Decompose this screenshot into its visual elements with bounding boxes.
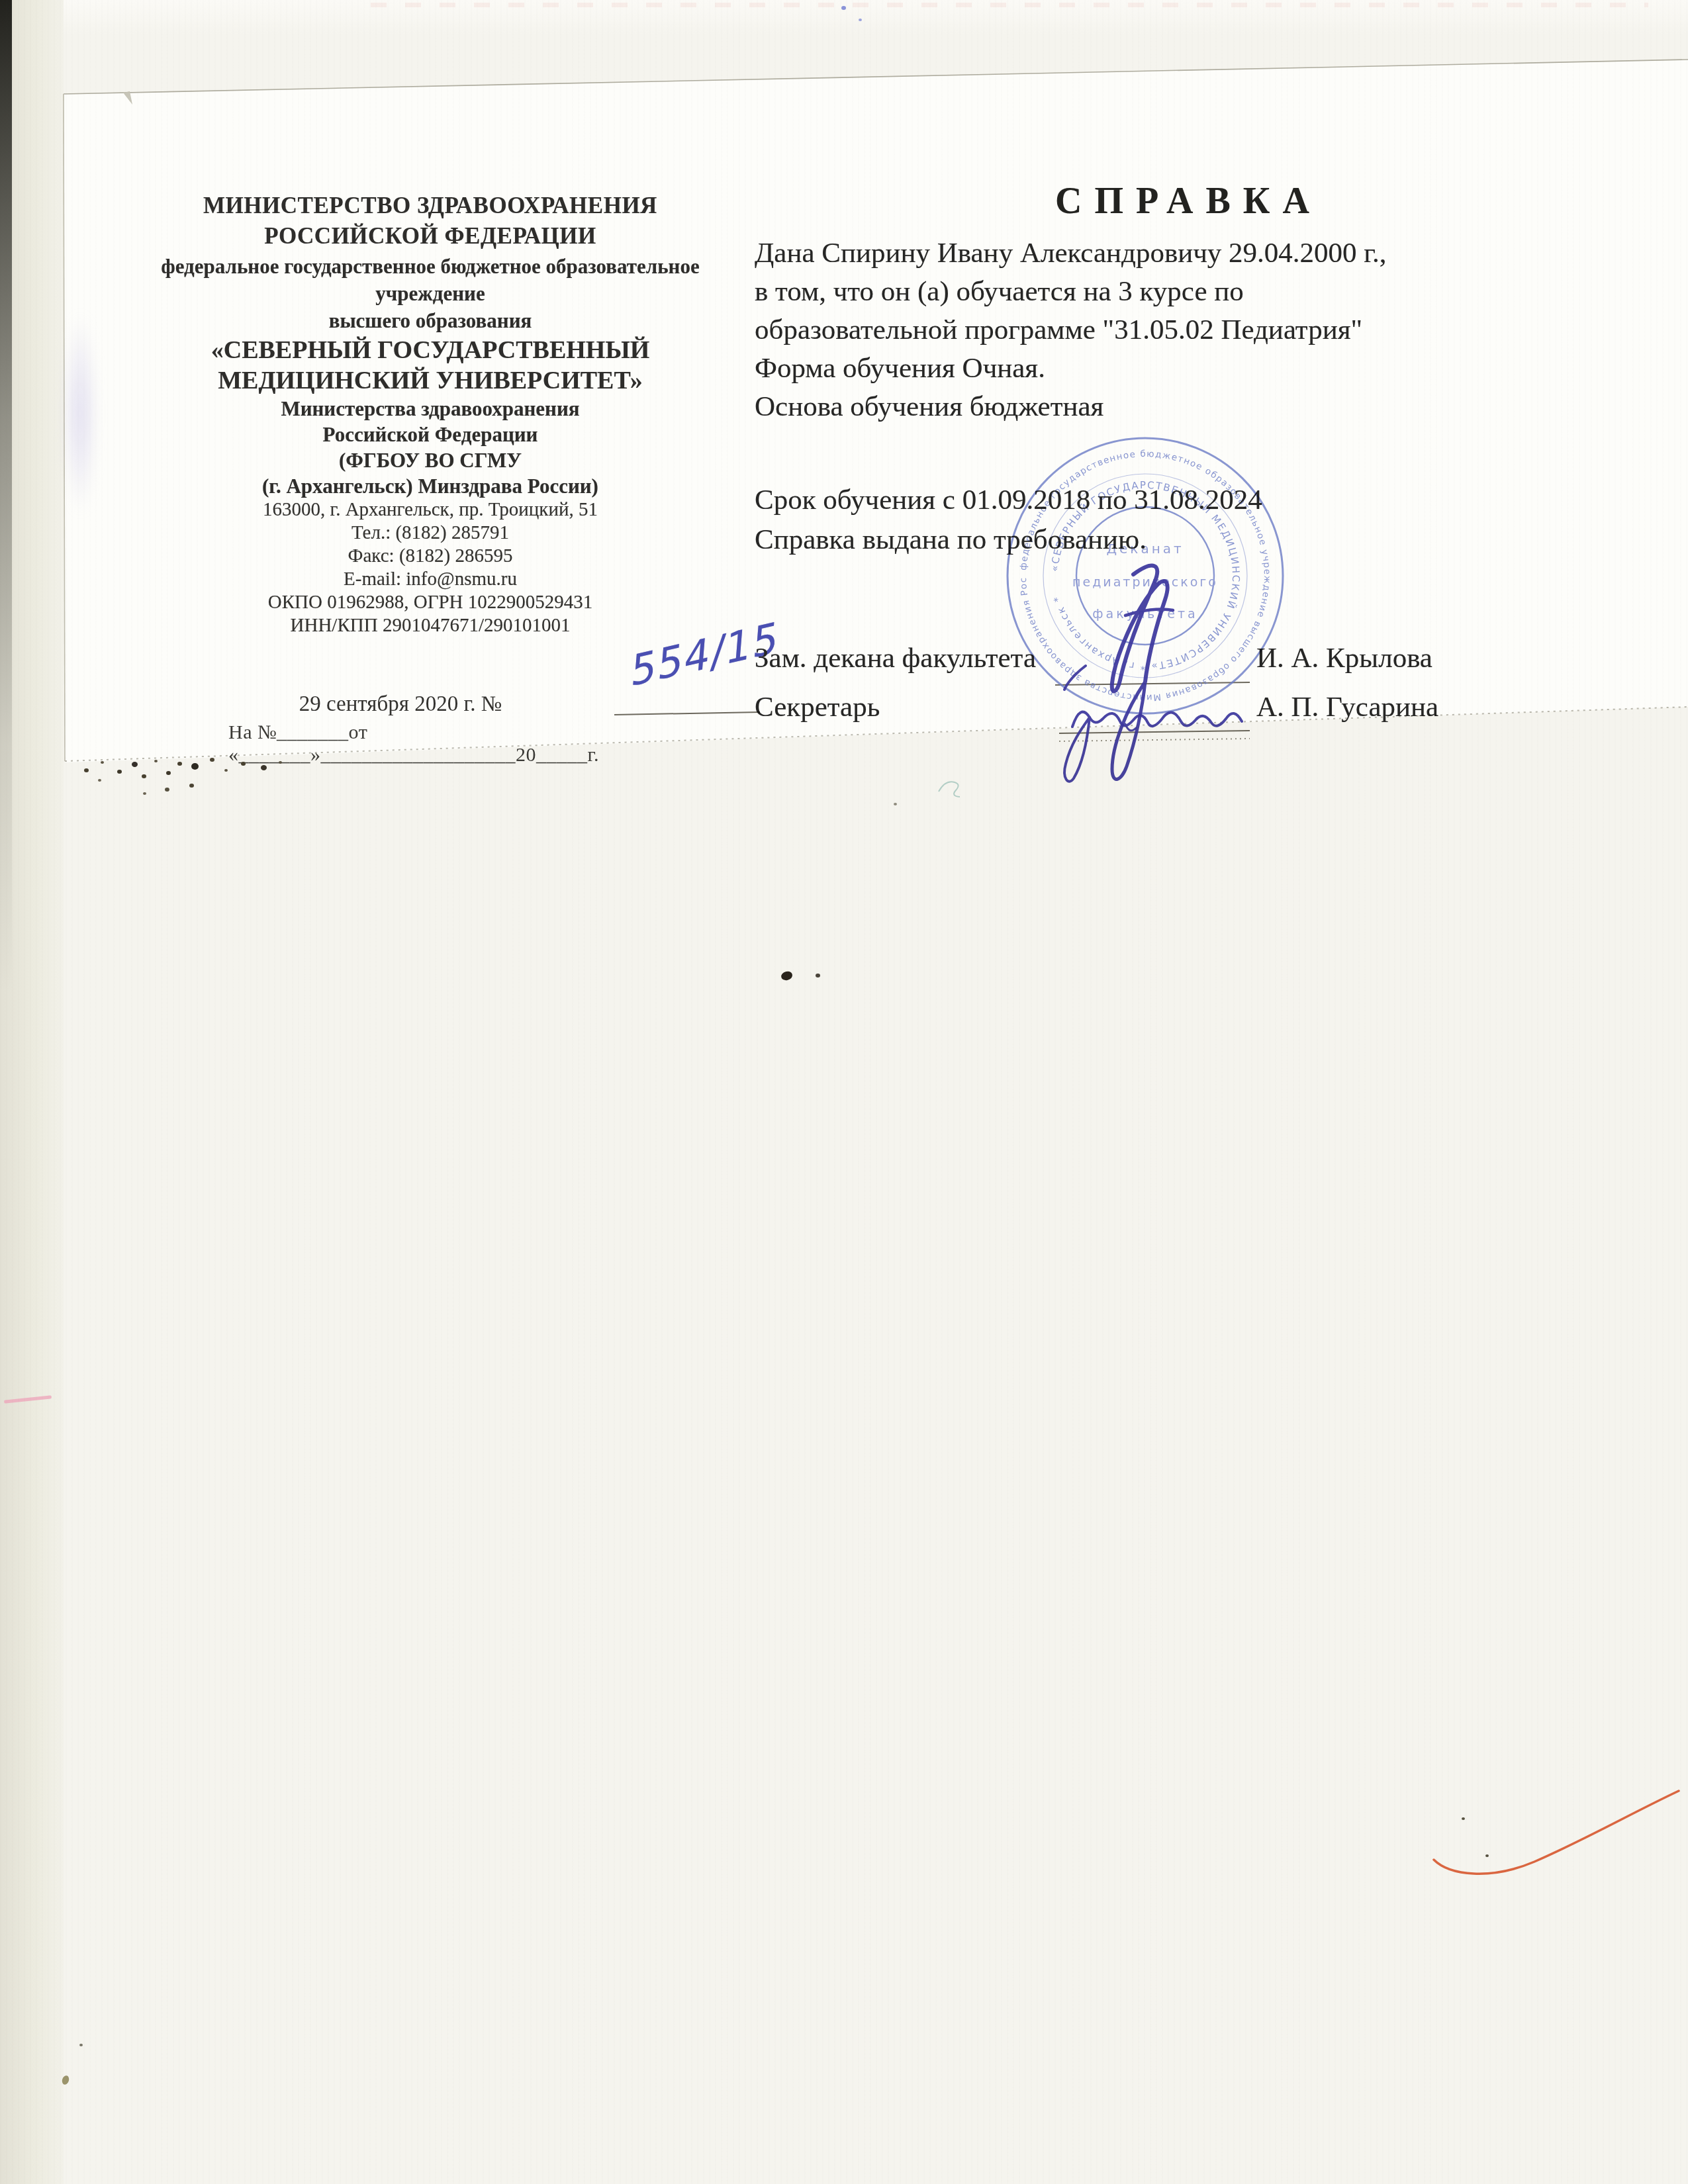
phone-line: Тел.: (8182) 285791 (126, 522, 735, 545)
body-line: Основа обучения бюджетная (755, 388, 1523, 426)
scanned-certificate-page: МИНИСТЕРСТВО ЗДРАВООХРАНЕНИЯ РОССИЙСКОЙ … (0, 0, 1688, 2184)
letterhead-line: Российской Федерации (126, 422, 735, 447)
ink-smudge-artifact (62, 311, 98, 516)
document-title: СПРАВКА (1055, 180, 1322, 222)
body-line: в том, что он (а) обучается на 3 курсе п… (755, 273, 1523, 311)
issue-date-line: 29 сентября 2020 г. № (169, 692, 632, 717)
university-name: «СЕВЕРНЫЙ ГОСУДАРСТВЕННЫЙ МЕДИЦИНСКИЙ УН… (126, 335, 735, 396)
letterhead-line: высшего образования (126, 307, 735, 334)
letterhead-line: учреждение (126, 280, 735, 307)
institution-type: федеральное государственное бюджетное об… (126, 253, 735, 334)
term-line: Срок обучения с 01.09.2018 по 31.08.2024 (755, 480, 1523, 520)
signature-row-dean: Зам. декана факультета И. А. Крылова (755, 642, 1615, 674)
signer-role: Зам. декана факультета (755, 643, 1036, 674)
term-line: Справка выдана по требованию. (755, 520, 1523, 560)
scanner-dark-edge (0, 0, 12, 993)
fax-line: Факс: (8182) 286595 (126, 545, 735, 568)
signer-name: И. А. Крылова (1256, 642, 1432, 674)
ink-blob-artifact (780, 970, 793, 981)
secretary-signature-line (1059, 731, 1250, 733)
address-line: 163000, г. Архангельск, пр. Троицкий, 51 (126, 498, 735, 522)
body-line: Форма обучения Очная. (755, 349, 1523, 388)
letterhead-line: РОССИЙСКОЙ ФЕДЕРАЦИИ (126, 221, 735, 251)
letterhead-line: (г. Архангельск) Минздрава России) (126, 473, 735, 499)
body-line: Дана Спирину Ивану Александровичу 29.04.… (755, 234, 1523, 273)
letterhead-line: МЕДИЦИНСКИЙ УНИВЕРСИТЕТ» (126, 365, 735, 396)
inn-kpp-line: ИНН/КПП 2901047671/290101001 (126, 614, 735, 637)
contact-details: 163000, г. Архангельск, пр. Троицкий, 51… (126, 498, 735, 637)
study-term-text: Срок обучения с 01.09.2018 по 31.08.2024… (755, 480, 1523, 560)
letterhead-line: Министерства здравоохранения (126, 396, 735, 422)
signer-name: А. П. Гусарина (1256, 691, 1438, 723)
teal-fiber-artifact (939, 782, 960, 797)
letterhead-line: «СЕВЕРНЫЙ ГОСУДАРСТВЕННЫЙ (126, 335, 735, 365)
letterhead-line: федеральное государственное бюджетное об… (126, 253, 735, 280)
email-line: E-mail: info@nsmu.ru (126, 568, 735, 591)
signer-role: Секретарь (755, 692, 880, 723)
scan-top-fiber-band (0, 0, 1688, 34)
okpo-ogrn-line: ОКПО 01962988, ОГРН 1022900529431 (126, 591, 735, 614)
scan-speck-field (0, 0, 3, 3)
red-pen-arc-artifact (1434, 1791, 1679, 1874)
letterhead-line: МИНИСТЕРСТВО ЗДРАВООХРАНЕНИЯ (126, 191, 735, 221)
certificate-text: Дана Спирину Ивану Александровичу 29.04.… (755, 234, 1523, 426)
incoming-reference-line: На №_______от «_______»_________________… (228, 721, 692, 766)
secretary-dotted-line (1059, 739, 1250, 741)
signature-row-secretary: Секретарь А. П. Гусарина (755, 691, 1615, 723)
ministry-name: МИНИСТЕРСТВО ЗДРАВООХРАНЕНИЯ РОССИЙСКОЙ … (126, 191, 735, 251)
university-affiliation: Министерства здравоохранения Российской … (126, 396, 735, 499)
body-line: образовательной программе "31.05.02 Педи… (755, 311, 1523, 349)
letterhead-line: (ФГБОУ ВО СГМУ (126, 447, 735, 473)
